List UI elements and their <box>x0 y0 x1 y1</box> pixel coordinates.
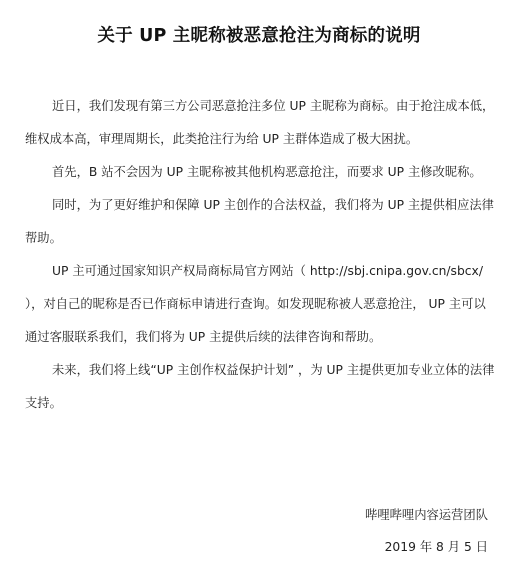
signature-team: 哔哩哔哩内容运营团队 <box>365 505 488 523</box>
document-title: 关于 UP 主昵称被恶意抢注为商标的说明 <box>0 22 518 47</box>
paragraph-intro: 近日，我们发现有第三方公司恶意抢注多位 UP 主昵称为商标。由于抢注成本低，维权… <box>25 90 495 156</box>
paragraph-query-website: UP 主可通过国家知识产权局商标局官方网站（ http://sbj.cnipa.… <box>25 255 495 354</box>
document-body: 近日，我们发现有第三方公司恶意抢注多位 UP 主昵称为商标。由于抢注成本低，维权… <box>25 90 495 420</box>
paragraph-future-plan: 未来，我们将上线“UP 主创作权益保护计划” ，为 UP 主提供更加专业立体的法… <box>25 354 495 420</box>
signature-date: 2019 年 8 月 5 日 <box>385 537 488 555</box>
paragraph-no-rename: 首先，B 站不会因为 UP 主昵称被其他机构恶意抢注，而要求 UP 主修改昵称。 <box>25 156 495 189</box>
paragraph-legal-help: 同时，为了更好维护和保障 UP 主创作的合法权益，我们将为 UP 主提供相应法律… <box>25 189 495 255</box>
